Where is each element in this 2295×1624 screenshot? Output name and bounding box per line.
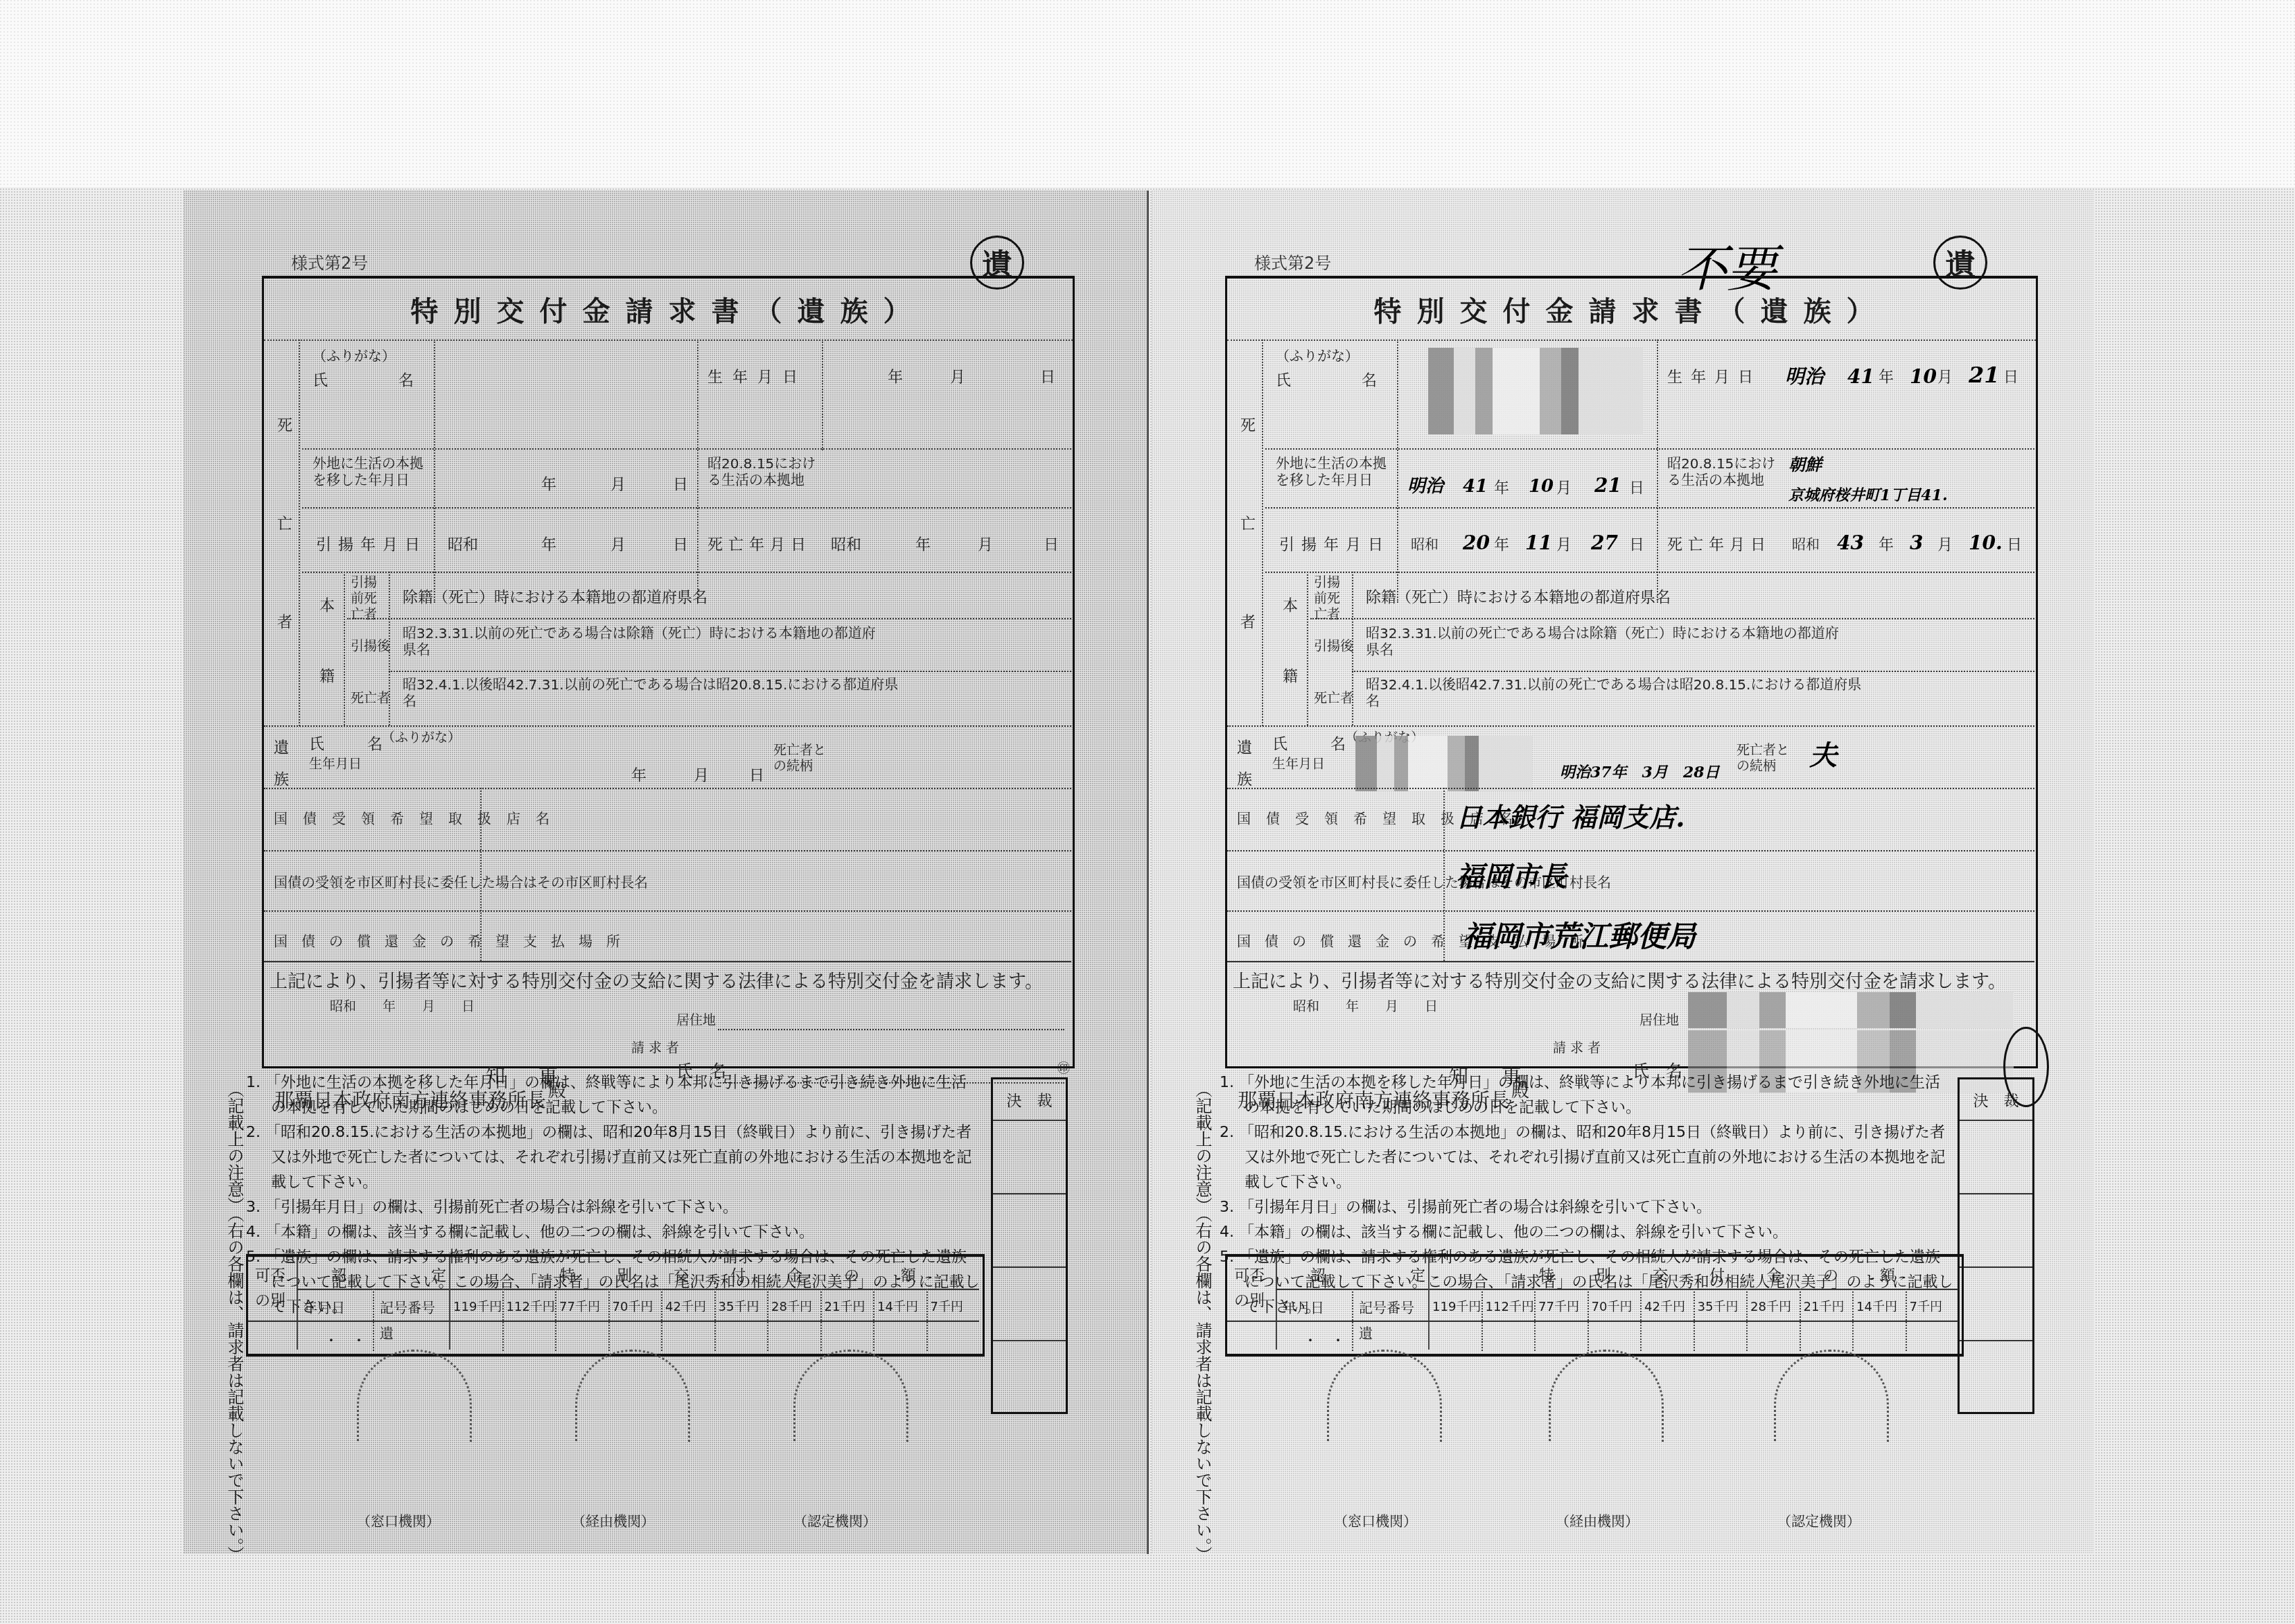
year-label: 年	[1494, 479, 1509, 497]
date-dots: ・・	[1303, 1330, 1359, 1350]
death-year-value[interactable]: 43	[1837, 531, 1864, 555]
day-label: 日	[2003, 369, 2019, 387]
note-item: 2. 「昭和20.8.15.における生活の本拠地」の欄は、昭和20年8月15日（…	[246, 1120, 981, 1195]
amount-column-header: 119千円	[1432, 1297, 1481, 1315]
showa-label: 昭和	[831, 536, 861, 554]
year-label: 年	[541, 476, 556, 494]
year-label: 年	[1494, 536, 1509, 554]
showa-label: 昭和	[1411, 536, 1439, 553]
bereaved-birth-value[interactable]: 明治37年 3月 28日	[1560, 764, 1720, 782]
bereaved-label: 遺族	[274, 732, 292, 796]
cert-number-header: 記号番号	[1359, 1297, 1414, 1317]
name-label: 氏 名	[1276, 372, 1405, 390]
relation-label: 死亡者との続柄	[1736, 743, 1799, 775]
amount-column-header: 112千円	[507, 1297, 555, 1315]
claimant-label: 請求者	[1553, 1041, 1605, 1057]
note-item: 4. 「本籍」の欄は、該当する欄に記載し、他の二つの欄は、斜線を引いて下さい。	[246, 1220, 981, 1245]
claimant-label: 請求者	[631, 1041, 683, 1057]
note-item: 4. 「本籍」の欄は、該当する欄に記載し、他の二つの欄は、斜線を引いて下さい。	[1220, 1220, 1954, 1245]
relation-value[interactable]: 夫	[1809, 739, 1837, 773]
agency-via: （経由機関）	[572, 1510, 655, 1530]
honseki-dead-text: 昭32.4.1.以後昭42.7.31.以前の死亡である場合は昭20.8.15.に…	[403, 676, 902, 709]
bond-delegate-value[interactable]: 福岡市長	[1456, 860, 1567, 894]
year-label: 年	[888, 369, 903, 387]
bereaved-label: 遺族	[1237, 732, 1255, 796]
year-label: 年	[541, 536, 556, 554]
side-note-vertical: （記載上の注意）（右の各欄は、請求者は記載しないで下さい。）	[1188, 1081, 1216, 1563]
death-month-value[interactable]: 3	[1910, 531, 1923, 555]
moved-year-value[interactable]: 41	[1463, 476, 1488, 497]
name-label: 氏 名	[313, 372, 441, 390]
day-label: 日	[749, 767, 764, 785]
month-label: 月	[610, 476, 626, 494]
cert-date-header: 年月日	[304, 1297, 345, 1317]
amount-table: 可否の別 認 定 年月日 記号番号 特別交付金の額 遺 ・・ 119千円112千…	[246, 1254, 985, 1357]
amount-column-header: 21千円	[1804, 1297, 1845, 1315]
residence-1945-label: 昭20.8.15における生活の本拠地	[1667, 455, 1778, 488]
approval-col-header: 可否の別	[255, 1264, 297, 1314]
month-label: 月	[950, 369, 965, 387]
amount-column-header: 70千円	[1592, 1297, 1633, 1315]
showa-label: 昭和	[448, 536, 478, 554]
amount-column-header: 119千円	[453, 1297, 502, 1315]
showa-label: 昭和	[1792, 536, 1820, 553]
amount-column-header: 70千円	[613, 1297, 653, 1315]
amount-column-header: 7千円	[1910, 1297, 1942, 1315]
amount-column-header: 112千円	[1486, 1297, 1534, 1315]
furigana-label: （ふりがな）	[382, 730, 461, 746]
declaration-text: 上記により、引揚者等に対する特別交付金の支給に関する法律による特別交付金を請求し…	[270, 971, 1043, 993]
deceased-name-field[interactable]	[455, 355, 666, 396]
day-label: 日	[1044, 536, 1059, 554]
birth-day-value[interactable]: 21	[1969, 362, 2000, 388]
redacted-deceased-name	[1428, 348, 1643, 434]
honseki-pre-label: 引揚前死亡者	[351, 575, 385, 622]
bond-delegate-field[interactable]	[493, 867, 1061, 902]
month-label: 月	[610, 536, 626, 554]
bereaved-birth-label: 生年月日	[1272, 757, 1325, 773]
repat-day-value[interactable]: 27	[1591, 531, 1618, 555]
residence-line1-value[interactable]: 朝鮮	[1788, 455, 1822, 475]
agency-window: （窓口機関）	[357, 1510, 440, 1530]
side-note-vertical: （記載上の注意）（右の各欄は、請求者は記載しないで下さい。）	[220, 1081, 248, 1563]
residence-1945-label: 昭20.8.15における生活の本拠地	[707, 455, 818, 488]
amount-column-header: 77千円	[1538, 1297, 1579, 1315]
repatriation-date-label: 引揚年月日	[1279, 536, 1390, 554]
date-line: 昭和 年 月 日	[1293, 999, 1438, 1015]
birth-date-label: 生年月日	[1667, 369, 1761, 387]
honseki-pre-label: 引揚前死亡者	[1314, 575, 1348, 622]
right-form-box: 特別交付金請求書（遺族） 死亡者 （ふりがな） 氏 名 生年月日 明治 41 年…	[1225, 276, 2038, 1068]
agency-window: （窓口機関）	[1334, 1510, 1417, 1530]
note-item: 1. 「外地に生活の本拠を移した年月日」の欄は、終戦等により本邦に引き揚げるまで…	[246, 1070, 981, 1120]
year-label: 年	[1879, 536, 1894, 554]
day-label: 日	[2007, 536, 2022, 554]
cert-prefix: 遺	[1359, 1323, 1373, 1343]
repatriation-date-label: 引揚年月日	[316, 536, 427, 554]
form-title: 特別交付金請求書（遺族）	[1227, 279, 2036, 341]
amount-table: 可否の別 認 定 年月日 記号番号 特別交付金の額 遺 ・・ 119千円112千…	[1225, 1254, 1964, 1357]
birth-date-label: 生年月日	[707, 369, 807, 387]
cert-date-header: 年月日	[1283, 1297, 1324, 1317]
cert-prefix: 遺	[380, 1323, 394, 1343]
amount-column-header: 35千円	[719, 1297, 759, 1315]
honseki-dead-text: 昭32.4.1.以後昭42.7.31.以前の死亡である場合は昭20.8.15.に…	[1366, 676, 1865, 709]
approval-header: 決 裁	[1960, 1079, 2032, 1121]
honseki-pre-text: 除籍（死亡）時における本籍地の都道府県名	[403, 589, 707, 607]
agency-certifying: （認定機関）	[793, 1510, 877, 1530]
amount-column-header: 28千円	[1750, 1297, 1791, 1315]
residence-line2-value[interactable]: 京城府桜井町1丁目41.	[1788, 486, 1948, 504]
furigana-label: （ふりがな）	[313, 348, 396, 364]
form-number: 様式第2号	[291, 249, 368, 274]
amount-column-header: 7千円	[931, 1297, 963, 1315]
address-label: 居住地	[676, 1013, 716, 1029]
honseki-label: 本籍	[1279, 597, 1297, 739]
honseki-post-label: 引揚後	[351, 639, 390, 655]
certification-header: 認 定	[1310, 1264, 1460, 1285]
moved-date-label: 外地に生活の本拠を移した年月日	[313, 455, 423, 488]
year-label: 年	[631, 767, 647, 785]
amount-header: 特別交付金の額	[1539, 1264, 1937, 1285]
day-label: 日	[1629, 536, 1644, 554]
year-label: 年	[1879, 369, 1894, 387]
honseki-pre-text: 除籍（死亡）時における本籍地の都道府県名	[1366, 589, 1671, 607]
honseki-post-text: 昭32.3.31.以前の死亡である場合は除籍（死亡）時における本籍地の都道府県名	[1366, 625, 1851, 658]
repat-year-value[interactable]: 20	[1463, 531, 1490, 555]
day-label: 日	[1040, 369, 1055, 387]
approval-col-header: 可否の別	[1234, 1264, 1276, 1314]
declaration-text: 上記により、引揚者等に対する特別交付金の支給に関する法律による特別交付金を請求し…	[1233, 971, 2006, 993]
left-form-box: 特別交付金請求書（遺族） 死亡者 （ふりがな） 氏 名 生年月日 年 月 日 外…	[262, 276, 1075, 1068]
moved-date-label: 外地に生活の本拠を移した年月日	[1276, 455, 1387, 488]
honseki-dead-label: 死亡者	[1314, 691, 1353, 707]
honseki-dead-label: 死亡者	[351, 691, 390, 707]
scanner-margin	[0, 0, 2295, 187]
moved-day-value[interactable]: 21	[1594, 474, 1621, 497]
day-label: 日	[673, 476, 688, 494]
approval-header: 決 裁	[993, 1079, 1066, 1121]
redacted-bereaved-name	[1355, 736, 1532, 791]
approval-box: 決 裁	[991, 1077, 1068, 1414]
form-title: 特別交付金請求書（遺族）	[264, 279, 1073, 341]
honseki-post-label: 引揚後	[1314, 639, 1353, 655]
death-day-value[interactable]: 10.	[1969, 531, 2003, 555]
day-label: 日	[1629, 479, 1644, 497]
month-label: 月	[694, 767, 709, 785]
honseki-label: 本籍	[316, 597, 334, 739]
amount-column-header: 35千円	[1698, 1297, 1739, 1315]
furigana-label: （ふりがな）	[1276, 348, 1359, 364]
agency-via: （経由機関）	[1556, 1510, 1639, 1530]
birth-year-value[interactable]: 41	[1847, 365, 1874, 389]
agency-certifying: （認定機関）	[1777, 1510, 1861, 1530]
note-item: 3. 「引揚年月日」の欄は、引揚前死亡者の場合は斜線を引いて下さい。	[1220, 1195, 1954, 1220]
amount-header: 特別交付金の額	[560, 1264, 958, 1285]
month-label: 月	[1937, 369, 1953, 387]
date-dots: ・・	[324, 1330, 380, 1350]
bond-office-field[interactable]	[493, 805, 1061, 840]
amount-column-header: 42千円	[665, 1297, 706, 1315]
bond-redemption-value[interactable]: 福岡市荒江郵便局	[1463, 919, 1696, 954]
relation-label: 死亡者との続柄	[773, 743, 836, 775]
birth-month-value[interactable]: 10	[1910, 365, 1937, 389]
birth-era-value[interactable]: 明治	[1785, 365, 1824, 389]
cert-number-header: 記号番号	[380, 1297, 435, 1317]
bereaved-birth-label: 生年月日	[309, 757, 362, 773]
amount-column-header: 14千円	[1856, 1297, 1897, 1315]
year-label: 年	[915, 536, 931, 554]
amount-column-header: 77千円	[559, 1297, 600, 1315]
moved-month-value[interactable]: 10	[1529, 476, 1554, 497]
deceased-section-label: 死亡者	[1237, 417, 1255, 712]
note-item: 2. 「昭和20.8.15.における生活の本拠地」の欄は、昭和20年8月15日（…	[1220, 1120, 1954, 1195]
honseki-post-text: 昭32.3.31.以前の死亡である場合は除籍（死亡）時における本籍地の都道府県名	[403, 625, 888, 658]
bond-redemption-field[interactable]	[493, 926, 1061, 961]
death-date-label: 死亡年月日	[1667, 536, 1771, 554]
month-label: 月	[978, 536, 993, 554]
bond-office-value[interactable]: 日本銀行 福岡支店.	[1456, 802, 1685, 833]
amount-column-header: 21千円	[825, 1297, 865, 1315]
month-label: 月	[1937, 536, 1953, 554]
address-label: 居住地	[1639, 1013, 1679, 1029]
month-label: 月	[1556, 536, 1572, 554]
seal-mark: ㊞	[1057, 1061, 1070, 1077]
certification-header: 認 定	[331, 1264, 481, 1285]
amount-column-header: 14千円	[877, 1297, 918, 1315]
form-number: 様式第2号	[1254, 249, 1331, 274]
amount-column-header: 28千円	[771, 1297, 812, 1315]
approval-box: 決 裁	[1958, 1077, 2034, 1414]
month-label: 月	[1556, 479, 1572, 497]
death-date-label: 死亡年月日	[707, 536, 811, 554]
redacted-address	[1688, 992, 2014, 1028]
deceased-section-label: 死亡者	[274, 417, 292, 712]
note-item: 3. 「引揚年月日」の欄は、引揚前死亡者の場合は斜線を引いて下さい。	[246, 1195, 981, 1220]
day-label: 日	[673, 536, 688, 554]
amount-column-header: 42千円	[1644, 1297, 1685, 1315]
repat-month-value[interactable]: 11	[1525, 531, 1552, 555]
moved-era-value[interactable]: 明治	[1407, 476, 1443, 497]
date-line: 昭和 年 月 日	[330, 999, 475, 1015]
note-item: 1. 「外地に生活の本拠を移した年月日」の欄は、終戦等により本邦に引き揚げるまで…	[1220, 1070, 1954, 1120]
